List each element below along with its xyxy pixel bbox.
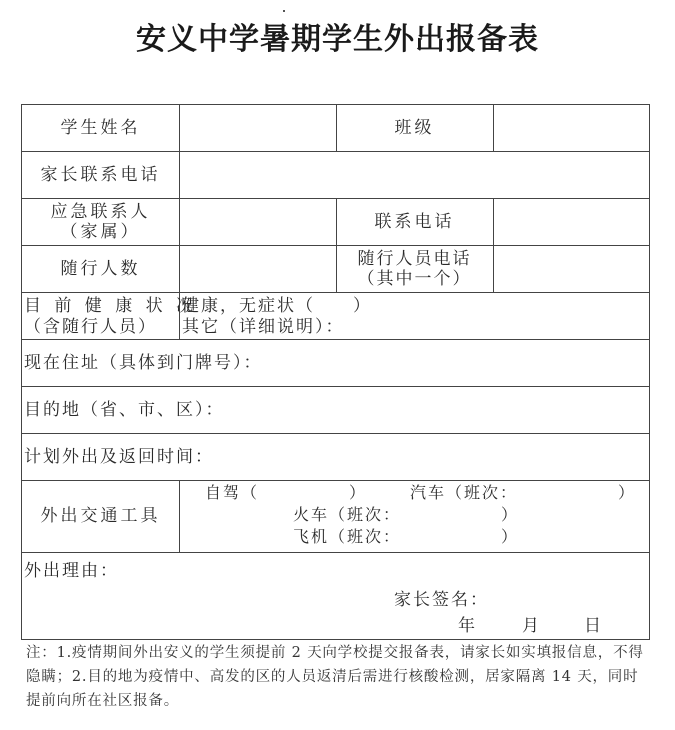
- transport-label: 外出交通工具: [22, 480, 179, 552]
- parent-signature-field[interactable]: [490, 585, 640, 613]
- health-label-line2: （含随行人员）: [24, 316, 157, 338]
- companion-phone-field[interactable]: [494, 245, 649, 292]
- transport-bus[interactable]: 汽车（班次： ）: [410, 482, 636, 504]
- contact-phone-field[interactable]: [494, 198, 649, 245]
- page-title: 安义中学暑期学生外出报备表: [0, 14, 675, 58]
- col-divider: [179, 480, 180, 552]
- row-divider: [22, 292, 649, 293]
- class-field[interactable]: [494, 105, 649, 151]
- schedule-label: 计划外出及返回时间：: [24, 446, 214, 468]
- row-divider: [22, 552, 649, 553]
- emergency-contact-label-line1: 应急联系人: [51, 202, 151, 222]
- parent-phone-field[interactable]: [180, 151, 649, 198]
- destination-label: 目的地（省、市、区）：: [24, 399, 225, 421]
- transport-plane[interactable]: 飞机（班次： ）: [293, 526, 519, 548]
- health-option-healthy[interactable]: 健康，无症状（ ）: [182, 295, 372, 317]
- companions-count-label: 随行人数: [22, 245, 179, 292]
- scan-speck: [283, 10, 285, 12]
- emergency-contact-label-line2: （家属）: [61, 222, 141, 242]
- address-field[interactable]: [282, 340, 649, 386]
- reason-label: 外出理由：: [24, 560, 119, 582]
- destination-field[interactable]: [242, 387, 649, 433]
- date-day-label: 日: [584, 615, 603, 637]
- health-option-other[interactable]: 其它（详细说明）：: [182, 316, 345, 338]
- companion-phone-label-line1: 随行人员电话: [358, 249, 472, 269]
- transport-self-drive[interactable]: 自驾（ ）: [205, 482, 367, 504]
- health-label-line1: 目 前 健 康 状 况: [24, 295, 197, 317]
- companion-phone-label-line2: （其中一个）: [358, 269, 472, 289]
- parent-phone-label: 家长联系电话: [22, 151, 179, 198]
- companions-count-field[interactable]: [180, 245, 336, 292]
- class-label: 班级: [336, 105, 493, 151]
- emergency-contact-label: 应急联系人 （家属）: [22, 198, 179, 245]
- reason-field[interactable]: [112, 554, 649, 584]
- date-month-label: 月: [522, 615, 541, 637]
- schedule-field[interactable]: [222, 434, 649, 480]
- student-name-field[interactable]: [180, 105, 336, 151]
- contact-phone-label: 联系电话: [336, 198, 493, 245]
- address-label: 现在住址（具体到门牌号）：: [24, 352, 263, 374]
- date-year-label: 年: [458, 615, 477, 637]
- emergency-contact-field[interactable]: [180, 198, 336, 245]
- report-form-table: 学生姓名 班级 家长联系电话 应急联系人 （家属） 联系电话 随行人数 随行人员…: [21, 104, 650, 640]
- student-name-label: 学生姓名: [22, 105, 179, 151]
- companion-phone-label: 随行人员电话 （其中一个）: [336, 245, 493, 292]
- parent-signature-label: 家长签名：: [394, 589, 489, 611]
- footnote: 注：1.疫情期间外出安义的学生须提前 2 天向学校提交报备表，请家长如实填报信息…: [26, 641, 651, 713]
- transport-train[interactable]: 火车（班次： ）: [293, 504, 519, 526]
